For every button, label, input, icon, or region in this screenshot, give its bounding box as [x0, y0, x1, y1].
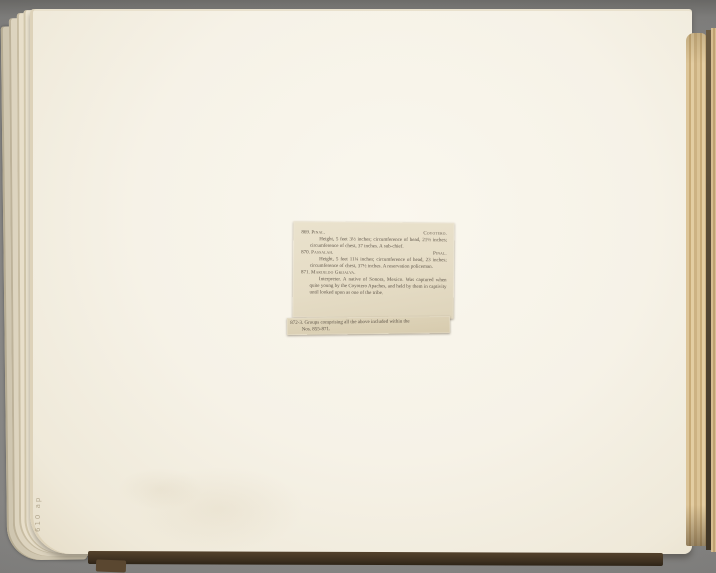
label-text-block: 869. Pinal. Coyotero. Height, 5 feet 3½ …: [293, 221, 455, 318]
entry-description: Height, 5 feet 3½ inches; circumference …: [310, 235, 447, 250]
entry-description: Height, 5 feet 11¼ inches; circumference…: [310, 255, 447, 270]
right-page-edges: [686, 33, 707, 546]
strip-number: 872-3.: [290, 320, 303, 325]
pasted-catalogue-strip: 872-3. Groups comprising all the above i…: [287, 316, 450, 335]
entry-heading-left: 869. Pinal.: [301, 229, 325, 236]
entry-description: Interpreter. A native of Sonora, Mexico.…: [309, 275, 446, 296]
entry-name: Pinal.: [311, 229, 325, 234]
strip-line-2: Nos. 855-871.: [302, 324, 446, 332]
catalogue-entry: 871. Marijildo Grijalva. Interpreter. A …: [301, 269, 447, 297]
entry-name: Passalah.: [311, 249, 333, 255]
right-outer-page-edge: [711, 28, 716, 552]
strip-text: Groups comprising all the above included…: [304, 318, 409, 325]
entry-number: 870.: [301, 249, 310, 254]
photo-of-album-page: 610 ap 869. Pinal. Coyotero. Height, 5 f…: [0, 0, 716, 573]
catalogue-entry: 870. Passalah. Pinal. Height, 5 feet 11¼…: [301, 249, 447, 270]
entry-heading-left: 870. Passalah.: [301, 249, 333, 256]
pencil-inscription: 610 ap: [34, 496, 42, 532]
catalogue-entry: 869. Pinal. Coyotero. Height, 5 feet 3½ …: [301, 229, 447, 250]
pasted-catalogue-label: 869. Pinal. Coyotero. Height, 5 feet 3½ …: [293, 221, 455, 318]
entry-name: Marijildo Grijalva.: [311, 269, 356, 275]
album-cover-edge: [88, 551, 663, 566]
entry-number: 869.: [301, 229, 310, 234]
album-cover-corner: [96, 559, 126, 572]
entry-number: 871.: [301, 269, 310, 274]
strip-text-block: 872-3. Groups comprising all the above i…: [287, 316, 450, 335]
